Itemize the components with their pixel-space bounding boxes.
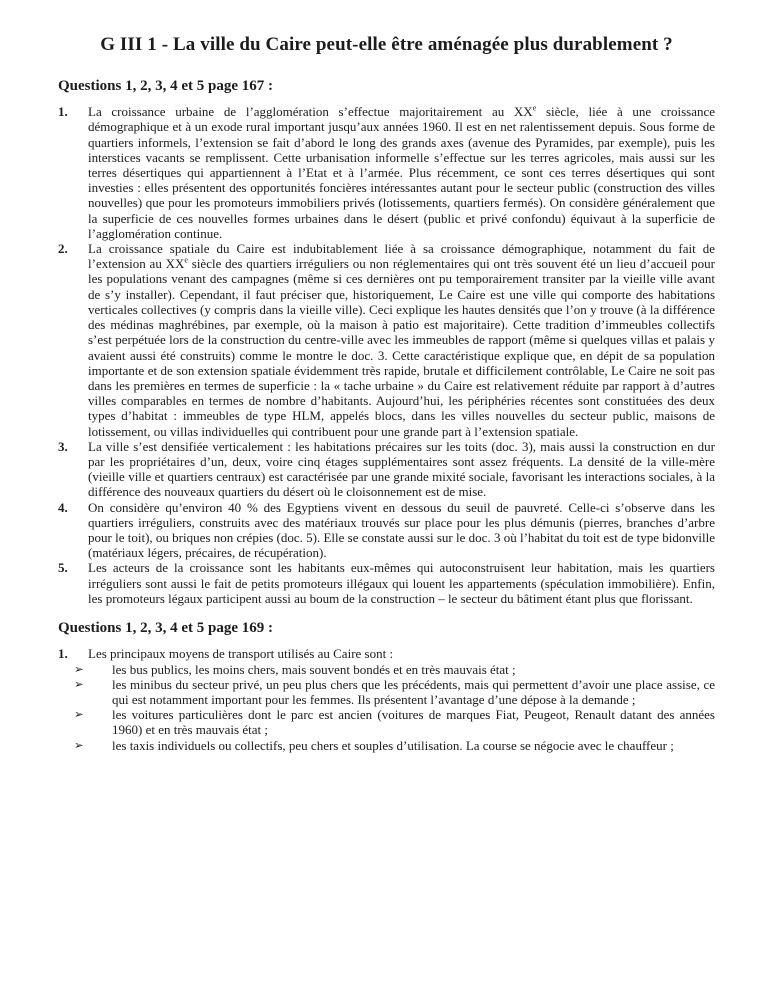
bullet-item: ➢ les voitures particulières dont le par… [74,707,715,737]
item-body: La croissance spatiale du Caire est indu… [88,241,715,439]
list-item: 5. Les acteurs de la croissance sont les… [58,560,715,606]
item-text: On considère qu’environ 40 % des Egyptie… [88,500,715,561]
bullet-text: les minibus du secteur privé, un peu plu… [112,677,715,707]
bullet-item: ➢ les minibus du secteur privé, un peu p… [74,677,715,707]
item-text: Les acteurs de la croissance sont les ha… [88,560,715,606]
question-section: Questions 1, 2, 3, 4 et 5 page 167 : 1. … [58,78,715,606]
item-number: 1. [58,104,88,119]
item-text: Les principaux moyens de transport utili… [88,646,715,661]
sections: Questions 1, 2, 3, 4 et 5 page 167 : 1. … [58,78,715,753]
item-body: Les principaux moyens de transport utili… [88,646,715,752]
item-body: On considère qu’environ 40 % des Egyptie… [88,500,715,561]
document-title: G III 1 - La ville du Caire peut-elle êt… [58,33,715,57]
list-item: 1. Les principaux moyens de transport ut… [58,646,715,752]
item-list: 1. La croissance urbaine de l’agglomérat… [58,104,715,606]
item-body: Les acteurs de la croissance sont les ha… [88,560,715,606]
arrowhead-bullet-icon: ➢ [74,738,112,753]
item-body: La ville s’est densifiée verticalement :… [88,439,715,500]
arrowhead-bullet-icon: ➢ [74,677,112,692]
list-item: 1. La croissance urbaine de l’agglomérat… [58,104,715,241]
list-item: 4. On considère qu’environ 40 % des Egyp… [58,500,715,561]
bullet-list: ➢ les bus publics, les moins chers, mais… [74,662,715,753]
section-heading: Questions 1, 2, 3, 4 et 5 page 169 : [58,620,715,637]
list-item: 2. La croissance spatiale du Caire est i… [58,241,715,439]
arrowhead-bullet-icon: ➢ [74,707,112,722]
section-heading: Questions 1, 2, 3, 4 et 5 page 167 : [58,78,715,95]
item-number: 4. [58,500,88,515]
bullet-text: les bus publics, les moins chers, mais s… [112,662,715,677]
document-page: G III 1 - La ville du Caire peut-elle êt… [0,0,768,994]
bullet-item: ➢ les taxis individuels ou collectifs, p… [74,738,715,753]
item-number: 1. [58,646,88,661]
arrowhead-bullet-icon: ➢ [74,662,112,677]
item-text: La croissance spatiale du Caire est indu… [88,241,715,439]
item-text: La ville s’est densifiée verticalement :… [88,439,715,500]
item-body: La croissance urbaine de l’agglomération… [88,104,715,241]
item-number: 3. [58,439,88,454]
item-number: 5. [58,560,88,575]
list-item: 3. La ville s’est densifiée verticalemen… [58,439,715,500]
item-number: 2. [58,241,88,256]
item-list: 1. Les principaux moyens de transport ut… [58,646,715,752]
bullet-item: ➢ les bus publics, les moins chers, mais… [74,662,715,677]
bullet-text: les taxis individuels ou collectifs, peu… [112,738,715,753]
item-text: La croissance urbaine de l’agglomération… [88,104,715,241]
question-section: Questions 1, 2, 3, 4 et 5 page 169 : 1. … [58,620,715,753]
bullet-text: les voitures particulières dont le parc … [112,707,715,737]
